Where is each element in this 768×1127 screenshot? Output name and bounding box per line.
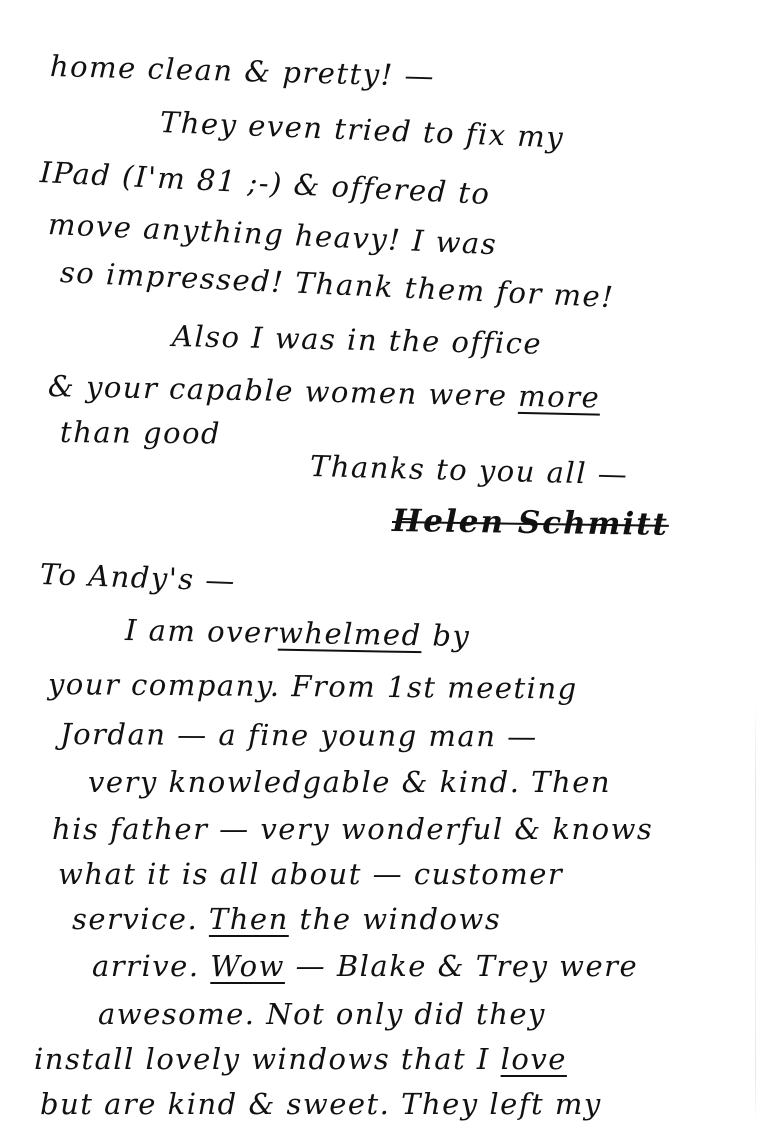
letter-line: home clean & pretty! — <box>50 52 436 91</box>
letter-line-with-underline: install lovely windows that I love <box>34 1045 567 1074</box>
underlined-word: Wow <box>210 949 285 983</box>
letter-text: service. <box>72 902 209 936</box>
underlined-word: more <box>518 379 601 415</box>
letter-text: install lovely windows that I <box>34 1042 501 1076</box>
letter-text: I am over <box>125 613 279 650</box>
letter-line-with-underline: & your capable women were more <box>48 372 601 413</box>
handwritten-letter-page: home clean & pretty! — They even tried t… <box>0 0 768 1127</box>
letter-line-with-underline: service. Then the windows <box>72 905 501 934</box>
letter-text: by <box>421 618 470 653</box>
underlined-word: love <box>501 1042 567 1076</box>
letter-salutation: To Andy's — <box>39 560 236 596</box>
letter-text: arrive. <box>92 949 210 983</box>
letter-text: & your capable women were <box>48 369 519 413</box>
letter-line-with-underline: arrive. Wow — Blake & Trey were <box>92 952 638 981</box>
underlined-word: Then <box>209 902 289 936</box>
letter-line: Also I was in the office <box>172 322 543 359</box>
letter-signature: Helen Schmitt <box>392 506 669 541</box>
letter-line-with-underline: I am overwhelmed by <box>125 616 471 651</box>
letter-line: his father — very wonderful & knows <box>52 815 653 844</box>
letter-line: what it is all about — customer <box>58 860 563 889</box>
letter-line: your company. From 1st meeting <box>48 670 578 704</box>
letter-closing: Thanks to you all — <box>310 452 629 489</box>
letter-line: Jordan — a fine young man — <box>60 720 538 752</box>
letter-line: awesome. Not only did they <box>98 1000 546 1029</box>
letter-text: the windows <box>289 902 501 936</box>
underlined-word: whelmed <box>278 616 422 653</box>
letter-line: move anything heavy! I was <box>47 210 497 259</box>
scan-page-edge <box>755 700 756 1120</box>
letter-text: — Blake & Trey were <box>285 949 638 983</box>
letter-line: so impressed! Thank them for me! <box>59 258 615 312</box>
letter-line: than good <box>60 418 221 448</box>
letter-line: They even tried to fix my <box>159 108 564 153</box>
letter-line: but are kind & sweet. They left my <box>40 1090 602 1119</box>
letter-line: very knowledgable & kind. Then <box>88 768 611 797</box>
letter-line: IPad (I'm 81 ;-) & offered to <box>39 158 491 209</box>
